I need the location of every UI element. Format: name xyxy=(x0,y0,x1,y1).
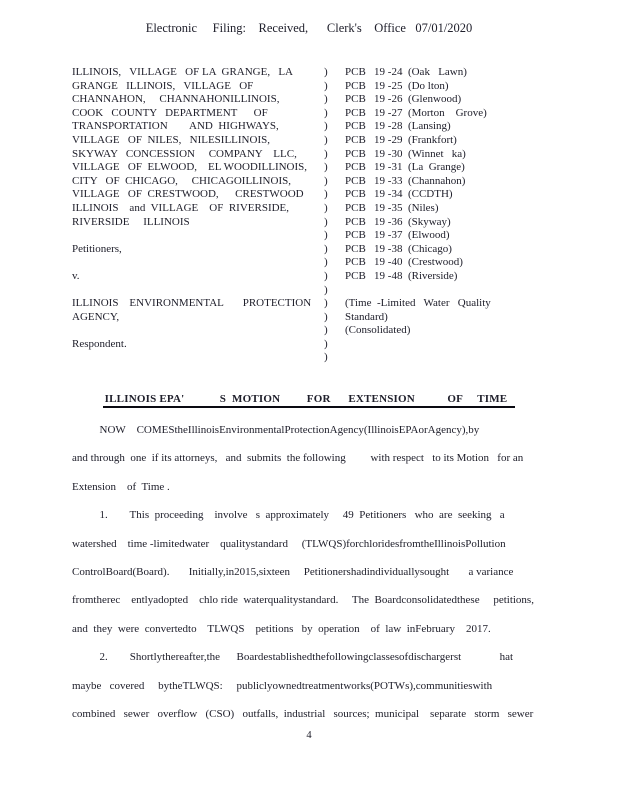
body-text-line: combined sewer overflow (CSO) outfalls, … xyxy=(72,700,572,728)
case-number-text: PCB 19 -40 (Crestwood) xyxy=(345,256,552,270)
party-name-text: GRANGE ILLINOIS, VILLAGE OF xyxy=(72,80,324,94)
body-text-line: ControlBoard(Board). Initially,in2015,si… xyxy=(72,558,572,586)
caption-paren: ) xyxy=(324,297,345,311)
document-title-wrap: ILLINOIS EPA' S MOTION FOR EXTENSION OF … xyxy=(0,389,618,408)
case-number-text: PCB 19 -29 (Frankfort) xyxy=(345,134,552,148)
case-number-text: PCB 19 -34 (CCDTH) xyxy=(345,188,552,202)
case-number-text: PCB 19 -37 (Elwood) xyxy=(345,229,552,243)
caption-row: AGENCY, ) Standard) xyxy=(72,311,552,325)
case-number-text: PCB 19 -27 (Morton Grove) xyxy=(345,107,552,121)
party-name-text: CHANNAHON, CHANNAHONILLINOIS, xyxy=(72,93,324,107)
case-number-text: PCB 19 -31 (La Grange) xyxy=(345,161,552,175)
party-name-text: v. xyxy=(72,270,324,284)
party-name-text: COOK COUNTY DEPARTMENT OF xyxy=(72,107,324,121)
electronic-filing-header: Electronic Filing: Received, Clerk's Off… xyxy=(0,21,618,36)
caption-row: ILLINOIS ENVIRONMENTAL PROTECTION ) (Tim… xyxy=(72,297,552,311)
case-number-text xyxy=(345,351,552,365)
caption-row: ILLINOIS, VILLAGE OF LA GRANGE, LA ) PCB… xyxy=(72,66,552,80)
party-name-text: TRANSPORTATION AND HIGHWAYS, xyxy=(72,120,324,134)
motion-body: NOW COMEStheIllinoisEnvironmentalProtect… xyxy=(72,416,572,728)
caption-paren: ) xyxy=(324,270,345,284)
caption-row: VILLAGE OF CRESTWOOD, CRESTWOOD ) PCB 19… xyxy=(72,188,552,202)
caption-paren: ) xyxy=(324,80,345,94)
body-text-line: Extension of Time . xyxy=(72,473,572,501)
case-number-text: (Time -Limited Water Quality xyxy=(345,297,552,311)
body-text-line: NOW COMEStheIllinoisEnvironmentalProtect… xyxy=(72,416,572,444)
case-number-text: PCB 19 -33 (Channahon) xyxy=(345,175,552,189)
caption-row: COOK COUNTY DEPARTMENT OF ) PCB 19 -27 (… xyxy=(72,107,552,121)
caption-row: ) (Consolidated) xyxy=(72,324,552,338)
case-number-text: PCB 19 -26 (Glenwood) xyxy=(345,93,552,107)
caption-paren: ) xyxy=(324,188,345,202)
case-number-text: Standard) xyxy=(345,311,552,325)
caption-paren: ) xyxy=(324,338,345,352)
caption-paren: ) xyxy=(324,148,345,162)
case-number-text: PCB 19 -38 (Chicago) xyxy=(345,243,552,257)
party-name-text: Petitioners, xyxy=(72,243,324,257)
caption-row: SKYWAY CONCESSION COMPANY LLC, ) PCB 19 … xyxy=(72,148,552,162)
case-number-text: PCB 19 -30 (Winnet ka) xyxy=(345,148,552,162)
case-number-text: PCB 19 -35 (Niles) xyxy=(345,202,552,216)
party-name-text xyxy=(72,351,324,365)
case-caption: ILLINOIS, VILLAGE OF LA GRANGE, LA ) PCB… xyxy=(72,66,552,365)
caption-paren: ) xyxy=(324,134,345,148)
caption-paren: ) xyxy=(324,351,345,365)
case-number-text: PCB 19 -28 (Lansing) xyxy=(345,120,552,134)
case-number-text: (Consolidated) xyxy=(345,324,552,338)
body-text-line: 2. Shortlythereafter,the Boardestablishe… xyxy=(72,643,572,671)
caption-row: ) PCB 19 -40 (Crestwood) xyxy=(72,256,552,270)
document-page: Electronic Filing: Received, Clerk's Off… xyxy=(0,0,618,800)
caption-paren: ) xyxy=(324,120,345,134)
caption-row: CHANNAHON, CHANNAHONILLINOIS, ) PCB 19 -… xyxy=(72,93,552,107)
case-number-text: PCB 19 -48 (Riverside) xyxy=(345,270,552,284)
party-name-text: RIVERSIDE ILLINOIS xyxy=(72,216,324,230)
party-name-text: Respondent. xyxy=(72,338,324,352)
party-name-text: ILLINOIS ENVIRONMENTAL PROTECTION xyxy=(72,297,324,311)
caption-row: ) xyxy=(72,284,552,298)
body-text-line: 1. This proceeding involve s approximate… xyxy=(72,501,572,529)
caption-row: ) PCB 19 -37 (Elwood) xyxy=(72,229,552,243)
party-name-text xyxy=(72,324,324,338)
party-name-text: SKYWAY CONCESSION COMPANY LLC, xyxy=(72,148,324,162)
party-name-text: AGENCY, xyxy=(72,311,324,325)
caption-row: Petitioners, ) PCB 19 -38 (Chicago) xyxy=(72,243,552,257)
caption-paren: ) xyxy=(324,216,345,230)
party-name-text: VILLAGE OF ELWOOD, EL WOODILLINOIS, xyxy=(72,161,324,175)
caption-paren: ) xyxy=(324,175,345,189)
party-name-text xyxy=(72,229,324,243)
caption-paren: ) xyxy=(324,202,345,216)
caption-row: TRANSPORTATION AND HIGHWAYS, ) PCB 19 -2… xyxy=(72,120,552,134)
caption-row: v. ) PCB 19 -48 (Riverside) xyxy=(72,270,552,284)
party-name-text: VILLAGE OF CRESTWOOD, CRESTWOOD xyxy=(72,188,324,202)
caption-row: GRANGE ILLINOIS, VILLAGE OF ) PCB 19 -25… xyxy=(72,80,552,94)
case-number-text xyxy=(345,284,552,298)
caption-row: Respondent. ) xyxy=(72,338,552,352)
party-name-text: ILLINOIS, VILLAGE OF LA GRANGE, LA xyxy=(72,66,324,80)
body-text-line: and they were convertedto TLWQS petition… xyxy=(72,615,572,643)
case-number-text: PCB 19 -24 (Oak Lawn) xyxy=(345,66,552,80)
party-name-text xyxy=(72,284,324,298)
party-name-text: ILLINOIS and VILLAGE OF RIVERSIDE, xyxy=(72,202,324,216)
caption-paren: ) xyxy=(324,324,345,338)
page-number: 4 xyxy=(0,730,618,741)
body-text-line: fromtherec entlyadopted chlo ride waterq… xyxy=(72,586,572,614)
party-name-text: CITY OF CHICAGO, CHICAGOILLINOIS, xyxy=(72,175,324,189)
caption-paren: ) xyxy=(324,107,345,121)
caption-paren: ) xyxy=(324,284,345,298)
body-text-line: maybe covered bytheTLWQS: publiclyownedt… xyxy=(72,672,572,700)
case-number-text xyxy=(345,338,552,352)
caption-paren: ) xyxy=(324,161,345,175)
body-text-line: watershed time -limitedwater qualitystan… xyxy=(72,530,572,558)
party-name-text: VILLAGE OF NILES, NILESILLINOIS, xyxy=(72,134,324,148)
case-number-text: PCB 19 -25 (Do lton) xyxy=(345,80,552,94)
caption-row: RIVERSIDE ILLINOIS ) PCB 19 -36 (Skyway) xyxy=(72,216,552,230)
caption-row: ) xyxy=(72,351,552,365)
caption-row: ILLINOIS and VILLAGE OF RIVERSIDE, ) PCB… xyxy=(72,202,552,216)
caption-row: VILLAGE OF ELWOOD, EL WOODILLINOIS, ) PC… xyxy=(72,161,552,175)
caption-paren: ) xyxy=(324,229,345,243)
caption-row: CITY OF CHICAGO, CHICAGOILLINOIS, ) PCB … xyxy=(72,175,552,189)
body-text-line: and through one if its attorneys, and su… xyxy=(72,444,572,472)
caption-paren: ) xyxy=(324,66,345,80)
caption-paren: ) xyxy=(324,93,345,107)
caption-paren: ) xyxy=(324,243,345,257)
caption-row: VILLAGE OF NILES, NILESILLINOIS, ) PCB 1… xyxy=(72,134,552,148)
caption-paren: ) xyxy=(324,256,345,270)
party-name-text xyxy=(72,256,324,270)
caption-paren: ) xyxy=(324,311,345,325)
case-number-text: PCB 19 -36 (Skyway) xyxy=(345,216,552,230)
document-title: ILLINOIS EPA' S MOTION FOR EXTENSION OF … xyxy=(103,393,516,408)
